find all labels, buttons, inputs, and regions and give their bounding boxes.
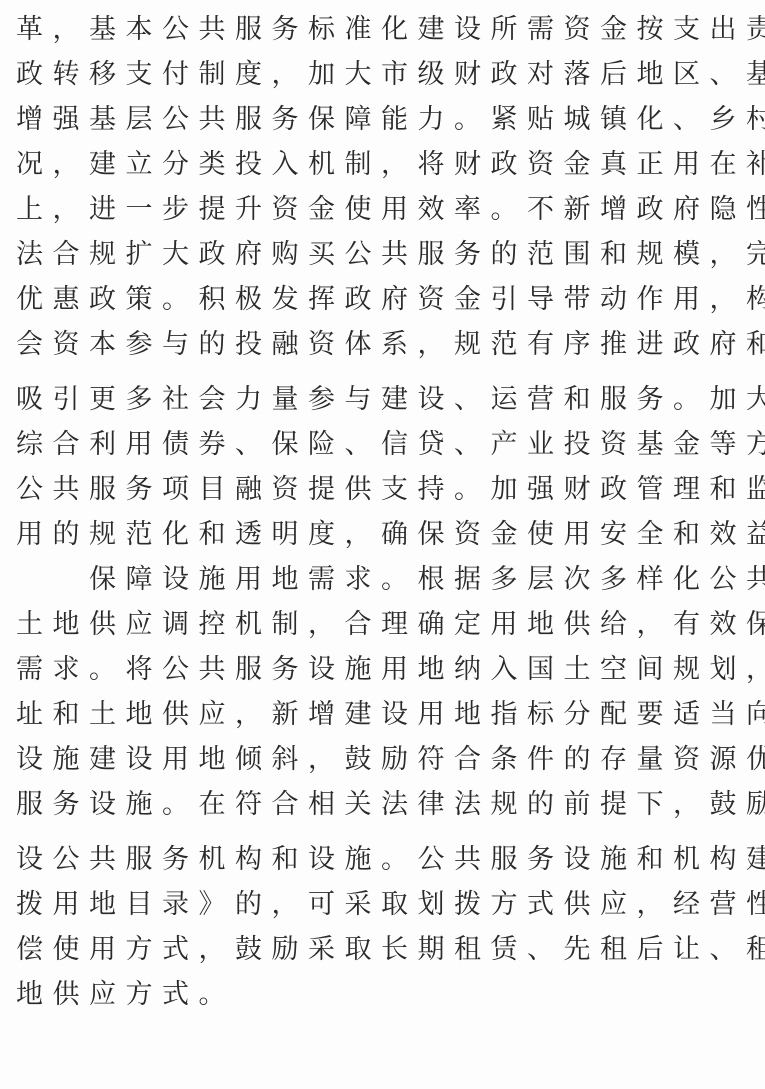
text-line: 政转移支付制度，加大市级财政对落后地区、基层政府的支持， xyxy=(16,53,756,97)
text-line: 法合规扩大政府购买公共服务的范围和规模，完善财政、融资等 xyxy=(16,233,756,277)
text-line: 况，建立分类投入机制，将财政资金真正用在补短板、强弱项 xyxy=(16,143,756,187)
text-line: 需求。将公共服务设施用地纳入国土空间规划，优先保障规划选 xyxy=(16,648,756,692)
text-line: 革，基本公共服务标准化建设所需资金按支出责任分担。完善财 xyxy=(16,8,756,52)
text-line: 拨用地目录》的，可采取划拨方式供应，经营性用地必须采取有 xyxy=(16,883,756,927)
document-page: 革，基本公共服务标准化建设所需资金按支出责任分担。完善财 政转移支付制度，加大市… xyxy=(0,0,765,1089)
text-line: 设公共服务机构和设施。公共服务设施和机构建设用地符合《划 xyxy=(16,838,756,882)
text-line: 综合利用债券、保险、信贷、产业投资基金等方式，为社会领域 xyxy=(16,423,756,467)
text-line: 地供应方式。 xyxy=(16,973,756,1017)
text-line: 址和土地供应，新增建设用地指标分配要适当向公共服务机构和 xyxy=(16,693,756,737)
text-line: 吸引更多社会力量参与建设、运营和服务。加大金融支持力度， xyxy=(16,378,756,422)
text-line: 设施建设用地倾斜，鼓励符合条件的存量资源优先用作基本公共 xyxy=(16,738,756,782)
text-line: 偿使用方式，鼓励采取长期租赁、先租后让、租让结合的弹性土 xyxy=(16,928,756,972)
text-line: 上，进一步提升资金使用效率。不新增政府隐性债务前提下，依 xyxy=(16,188,756,232)
text-line: 公共服务项目融资提供支持。加强财政管理和监督，增强经费使 xyxy=(16,468,756,512)
text-line: 增强基层公共服务保障能力。紧贴城镇化、乡村发展的实际情 xyxy=(16,98,756,142)
text-line-paragraph-start: 保障设施用地需求。根据多层次多样化公共服务需求，优化 xyxy=(16,558,756,602)
text-line: 优惠政策。积极发挥政府资金引导带动作用，构建财政资金、社 xyxy=(16,278,756,322)
text-line: 土地供应调控机制，合理确定用地供给，有效保障公共服务用地 xyxy=(16,603,756,647)
text-line: 用的规范化和透明度，确保资金使用安全和效益。 xyxy=(16,513,756,557)
text-line: 会资本参与的投融资体系，规范有序推进政府和社会资本合作， xyxy=(16,323,756,367)
text-line: 服务设施。在符合相关法律法规的前提下，鼓励利用低效土地建 xyxy=(16,783,756,827)
